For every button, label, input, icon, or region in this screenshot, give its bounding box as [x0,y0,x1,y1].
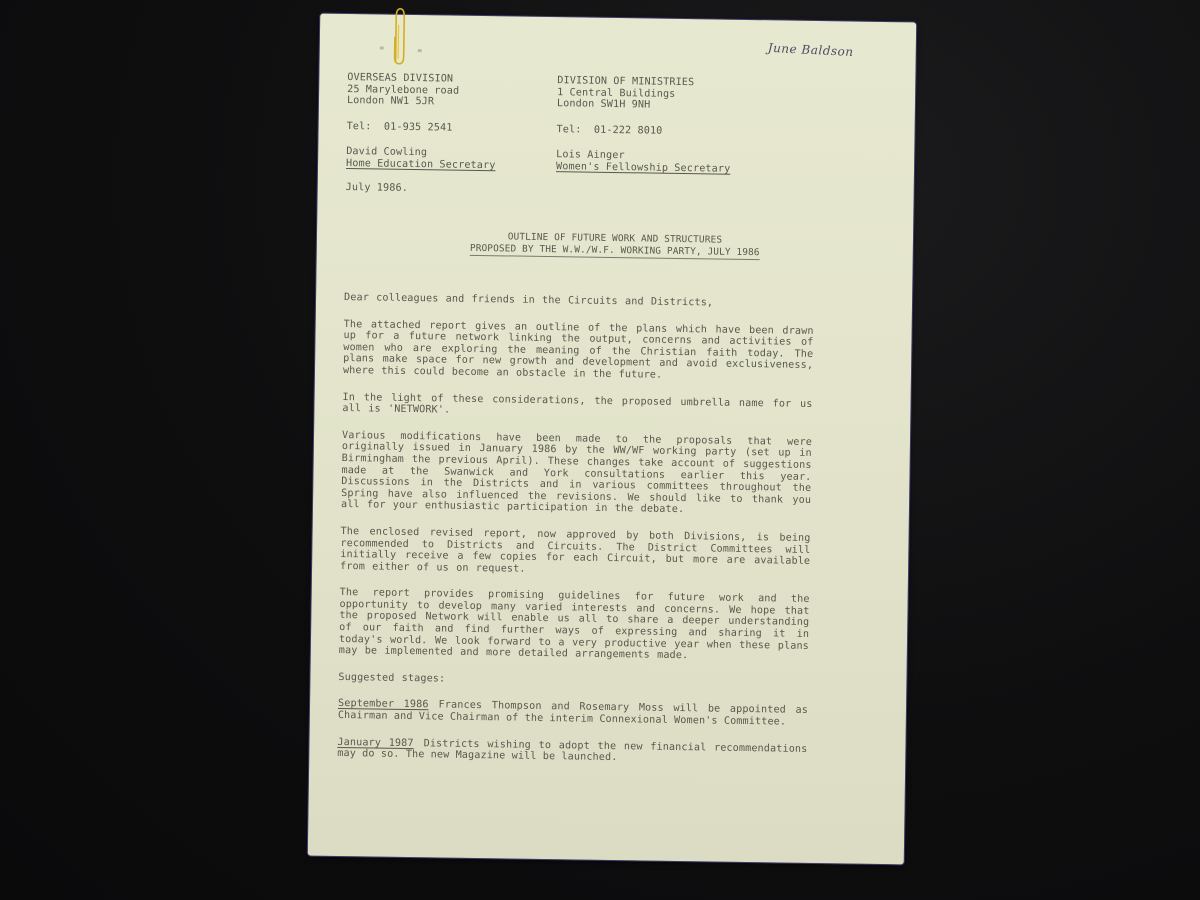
sender-role: Home Education Secretary [346,158,496,172]
sender-right-block: DIVISION OF MINISTRIES 1 Central Buildin… [556,75,732,175]
sender-role: Women's Fellowship Secretary [556,161,731,175]
stage-date: January 1987 [337,737,413,749]
title-line-2: PROPOSED BY THE W.W./W.F. WORKING PARTY,… [470,242,760,260]
document-title: OUTLINE OF FUTURE WORK AND STRUCTURES PR… [317,229,913,263]
paragraph: In the light of these considerations, th… [342,392,812,422]
address-line: London NW1 5JR [347,95,497,109]
paragraph: Various modifications have been made to … [341,430,812,518]
paragraph: The attached report gives an outline of … [343,319,814,384]
letter-body: Dear colleagues and friends in the Circu… [337,292,814,782]
sender-left-block: OVERSEAS DIVISION 25 Marylebone road Lon… [346,72,497,172]
stages-heading: Suggested stages: [338,672,808,691]
telephone: Tel: 01-935 2541 [347,121,497,135]
address-line: London SW1H 9NH [557,98,732,112]
telephone: Tel: 01-222 8010 [556,124,731,138]
stage-item: January 1987Districts wishing to adopt t… [337,737,807,767]
paragraph: The report provides promising guidelines… [339,587,810,664]
letter-date: July 1986. [346,182,408,195]
paragraph: The enclosed revised report, now approve… [340,526,811,579]
stage-item: September 1986Frances Thompson and Rosem… [338,698,808,728]
typed-letter-page: June Baldson OVERSEAS DIVISION 25 Maryle… [308,14,916,865]
dark-desk-surface: June Baldson OVERSEAS DIVISION 25 Maryle… [0,0,1200,900]
stage-date: September 1986 [338,698,429,710]
salutation: Dear colleagues and friends in the Circu… [344,292,814,311]
